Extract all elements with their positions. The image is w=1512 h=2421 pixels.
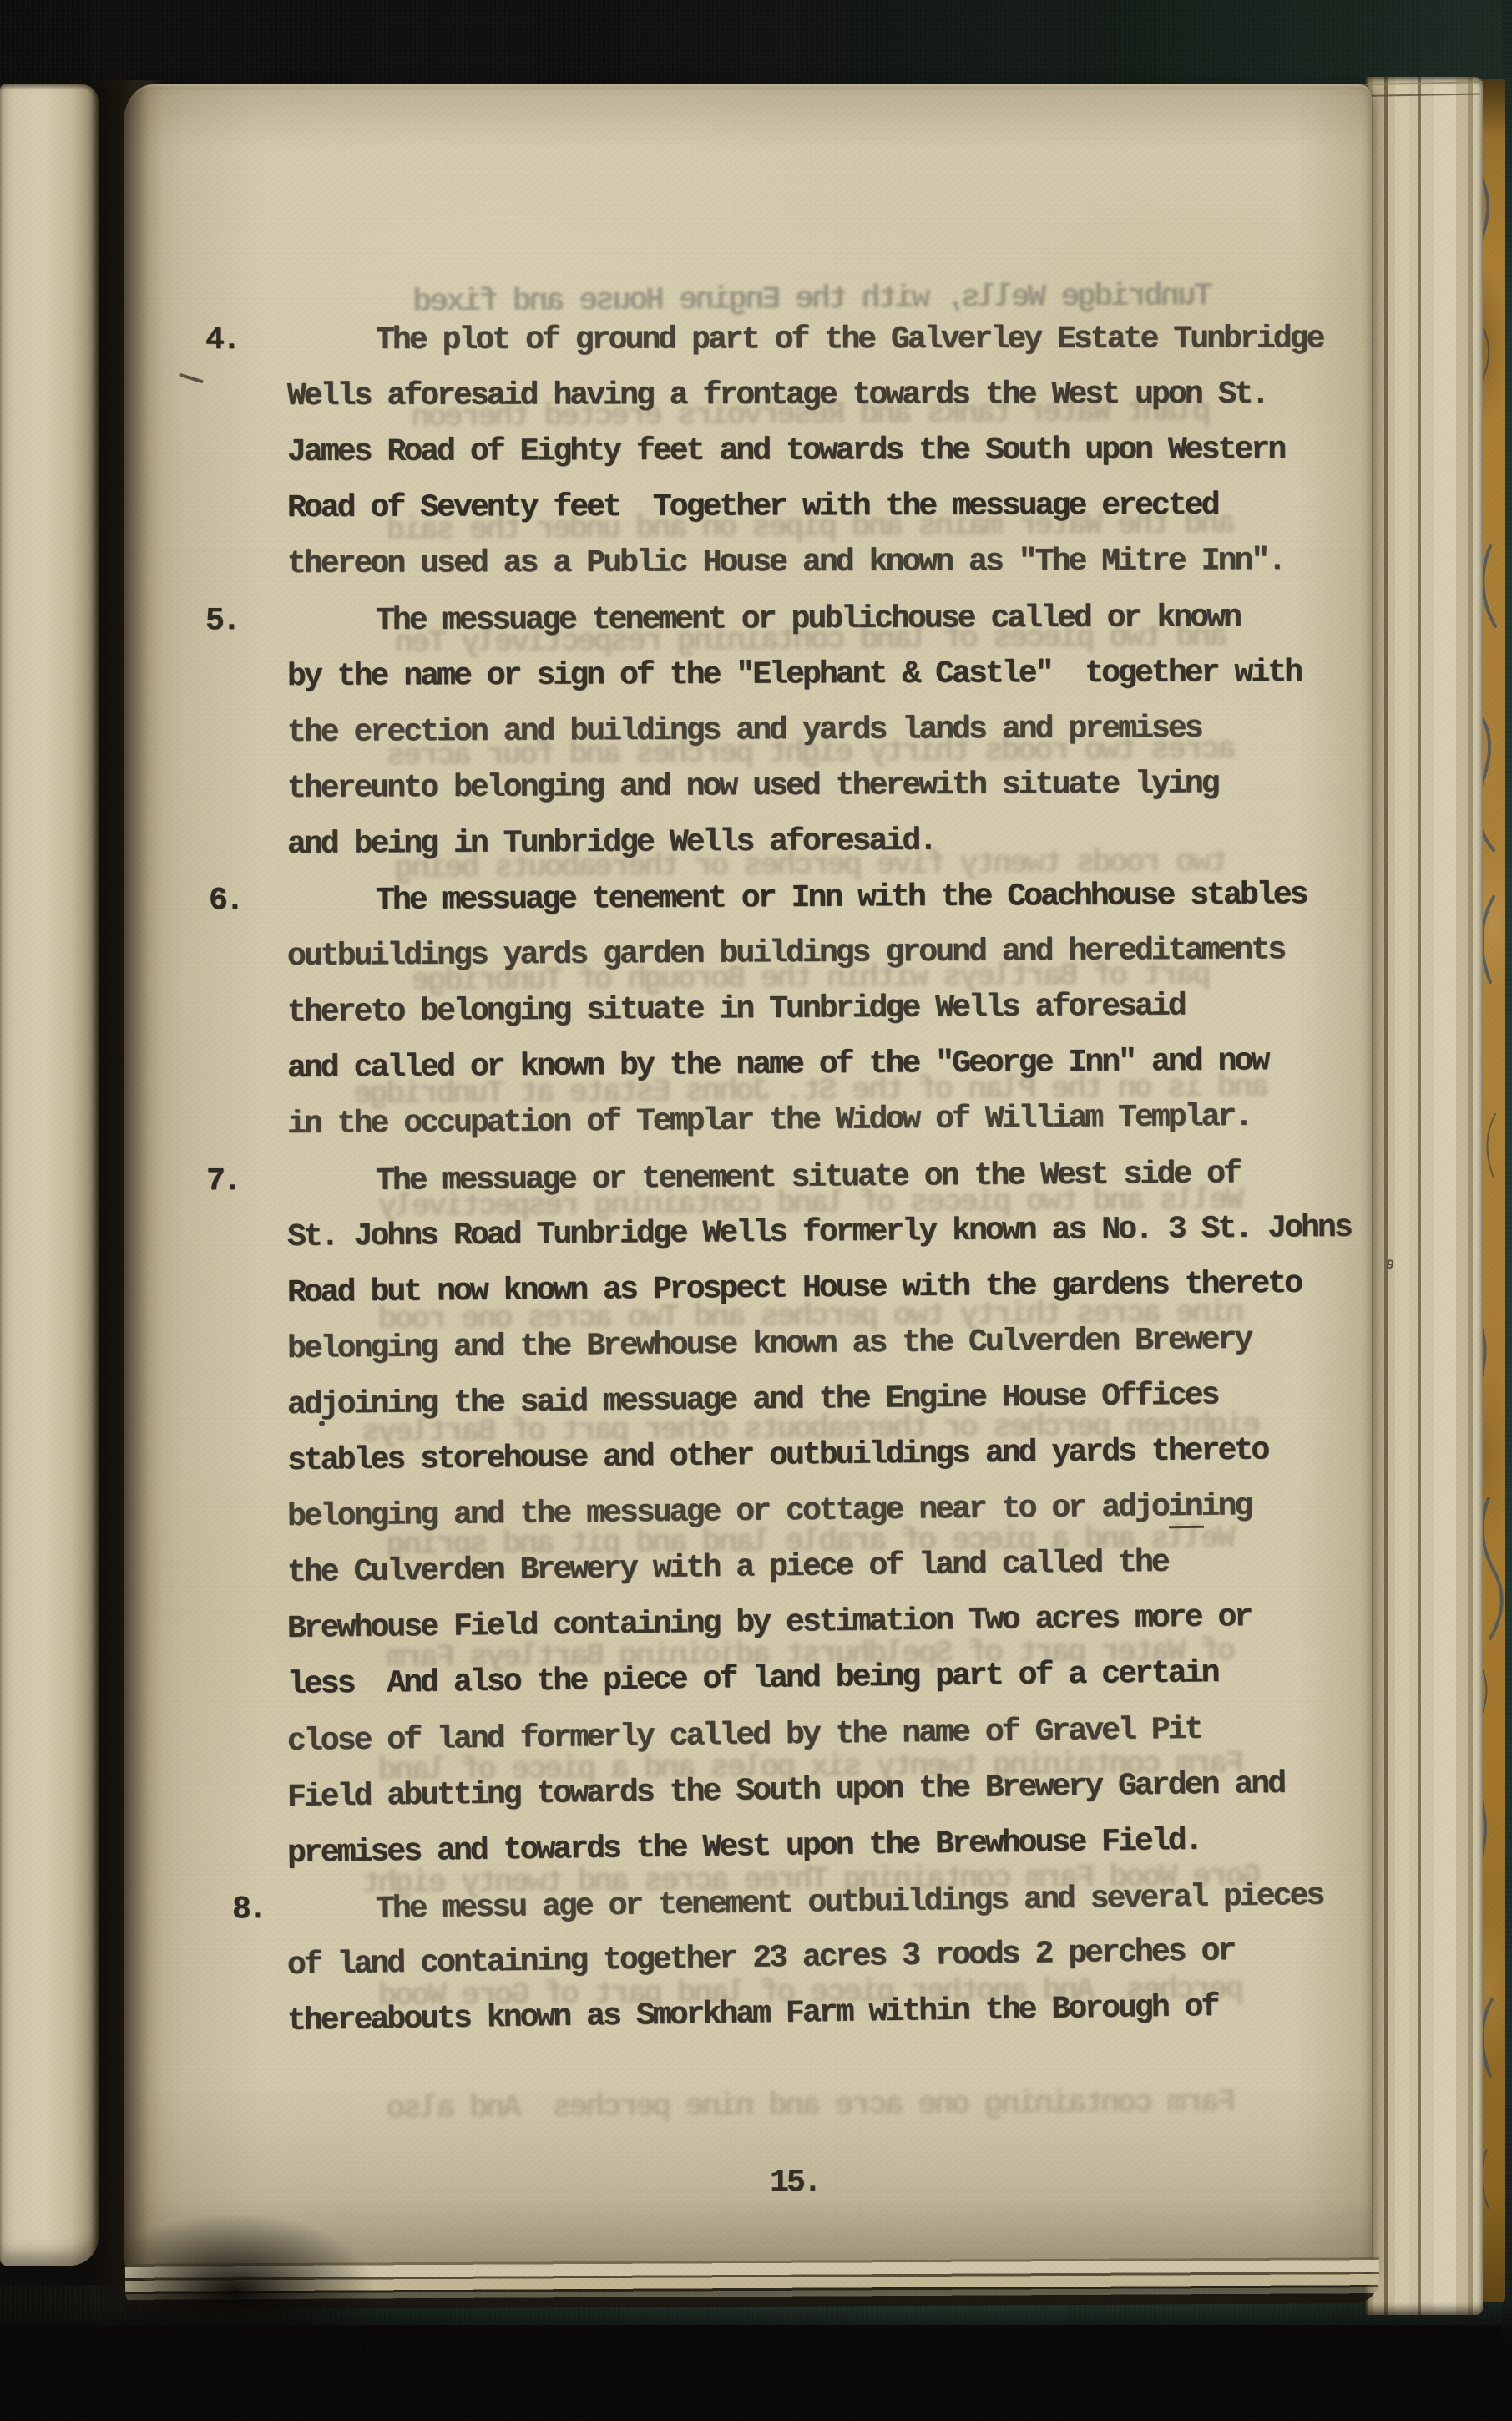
text-line: The messuage tenement or Inn with the Co… [376,877,1307,920]
text-line: Road of Seventy feet Together with the m… [287,488,1218,528]
text-line: belonging and the messuage or cottage ne… [287,1488,1252,1537]
text-line: The messuage tenement or publichouse cal… [376,600,1240,641]
text-line: less And also the piece of land being pa… [287,1655,1218,1704]
document-page: Tunbridge Wells, with the Engine House a… [124,84,1372,2281]
text-line: of land containing together 23 acres 3 r… [287,1933,1235,1985]
text-line: by the name or sign of the "Elephant & C… [287,655,1301,696]
ink-dot [319,1421,325,1426]
text-line: the erection and buildings and yards lan… [287,711,1201,752]
text-line: thereto belonging situate in Tunbridge W… [287,989,1185,1032]
scanned-book-photo: { "document": { "paragraphs": [ { "numbe… [0,0,1512,2421]
text-line: thereunto belonging and now used therewi… [287,766,1218,808]
text-line: The messuage or tenement situate on the … [376,1156,1240,1200]
text-line: close of land formerly called by the nam… [287,1711,1201,1760]
cover-cloth-top [0,0,1512,87]
text-line: James Road of Eighty feet and towards th… [287,432,1284,472]
bottom-shadow [0,2302,1512,2421]
text-line: The messu age or tenement outbuildings a… [376,1877,1323,1928]
text-line: The plot of ground part of the Galverley… [376,321,1323,359]
text-line: and being in Tunbridge Wells aforesaid. [287,823,935,864]
text-line: the Culverden Brewery with a piece of la… [287,1545,1168,1593]
paragraph-number: 6. [209,883,242,920]
text-line: stables storehouse and other outbuilding… [287,1432,1268,1480]
text-line: Brewhouse Field containing by estimation… [287,1599,1252,1649]
text-line: outbuildings yards garden buildings grou… [287,932,1285,976]
text-line: premises and towards the West upon the B… [287,1822,1201,1872]
page-number: 15. [770,2167,820,2199]
paragraph-number: 7. [206,1163,240,1201]
text-line: and called or known by the name of the "… [287,1044,1268,1089]
text-line: in the occupation of Templar the Widow o… [287,1099,1252,1144]
text-line: thereon used as a Public House and known… [287,543,1284,584]
paragraph-number: 5. [205,603,239,641]
page-stack-fore-edge [1366,77,1483,2315]
text-line: Field abutting towards the South upon th… [287,1765,1285,1816]
typed-text-layer: 4.The plot of ground part of the Galverl… [124,84,1372,2281]
text-line: adjoining the said messuage and the Engi… [287,1377,1218,1424]
paragraph-number: 8. [232,1892,265,1929]
paragraph-number: 4. [205,322,239,360]
text-line: Road but now known as Prospect House wit… [287,1265,1302,1312]
text-line: thereabouts known as Smorkham Farm withi… [287,1989,1218,2041]
text-line: belonging and the Brewhouse known as the… [287,1322,1252,1369]
ink-underline-adjoining [1169,1526,1204,1529]
text-line: Wells aforesaid having a frontage toward… [287,377,1267,416]
previous-page-edge [0,84,99,2266]
text-line: St. Johns Road Tunbridge Wells formerly … [287,1209,1351,1256]
